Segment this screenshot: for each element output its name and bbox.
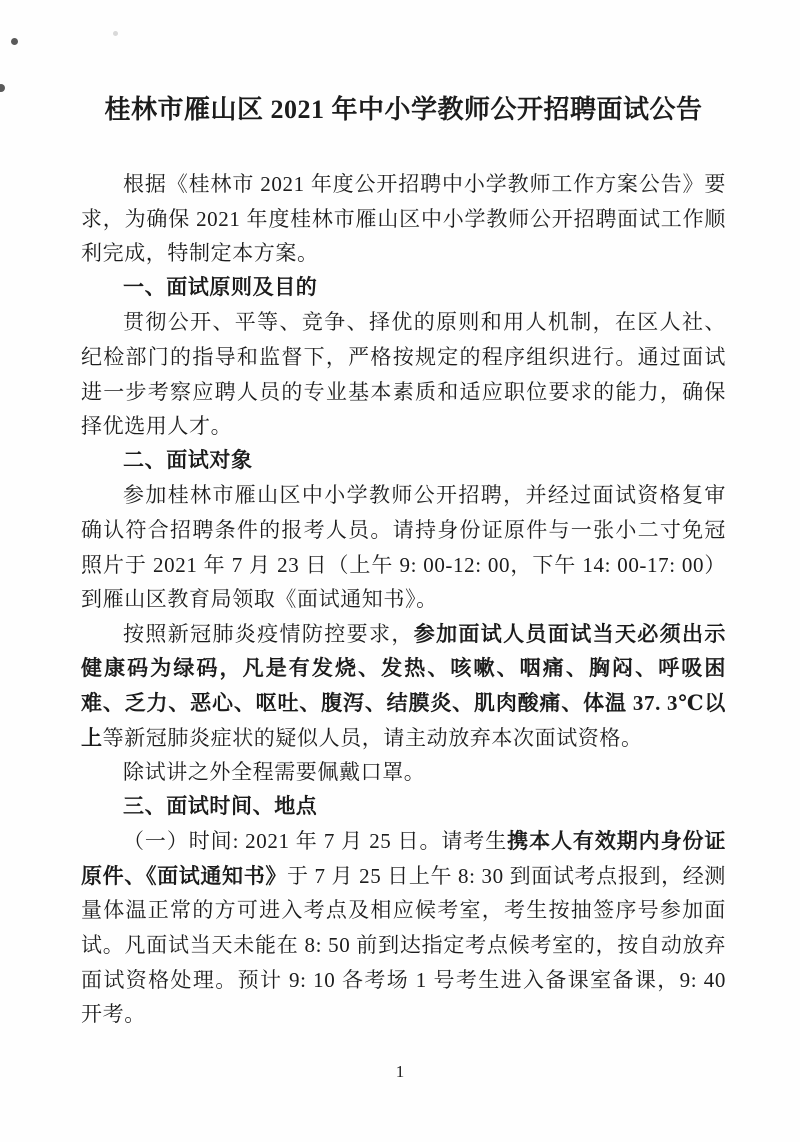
section-2-paragraph-2: 按照新冠肺炎疫情防控要求，参加面试人员面试当天必须出示健康码为绿码，凡是有发烧、…	[81, 617, 726, 755]
scan-speck	[0, 84, 5, 92]
section-3-heading: 三、面试时间、地点	[81, 790, 726, 825]
section-2-paragraph-3: 除试讲之外全程需要佩戴口罩。	[81, 755, 726, 790]
scan-speck	[113, 31, 118, 36]
document-title: 桂林市雁山区 2021 年中小学教师公开招聘面试公告	[81, 93, 726, 126]
interview-time-lead-text: （一）时间: 2021 年 7 月 25 日。请考生	[123, 829, 507, 853]
section-3-paragraph-1: （一）时间: 2021 年 7 月 25 日。请考生携本人有效期内身份证原件、《…	[81, 824, 726, 1032]
section-2-paragraph-1: 参加桂林市雁山区中小学教师公开招聘，并经过面试资格复审确认符合招聘条件的报考人员…	[81, 478, 726, 616]
covid-requirement-tail-text: 等新冠肺炎症状的疑似人员，请主动放弃本次面试资格。	[103, 726, 643, 750]
interview-time-tail-text: 于 7 月 25 日上午 8: 30 到面试考点报到，经测量体温正常的方可进入考…	[81, 864, 726, 1026]
intro-paragraph: 根据《桂林市 2021 年度公开招聘中小学教师工作方案公告》要求，为确保 202…	[81, 167, 726, 271]
document-page: 桂林市雁山区 2021 年中小学教师公开招聘面试公告 根据《桂林市 2021 年…	[0, 0, 800, 1142]
section-2-heading: 二、面试对象	[81, 444, 726, 479]
covid-requirement-lead-text: 按照新冠肺炎疫情防控要求，	[123, 622, 414, 646]
document-content: 桂林市雁山区 2021 年中小学教师公开招聘面试公告 根据《桂林市 2021 年…	[81, 93, 726, 1032]
section-1-paragraph: 贯彻公开、平等、竞争、择优的原则和用人机制，在区人社、纪检部门的指导和监督下，严…	[81, 305, 726, 443]
page-number: 1	[0, 1060, 800, 1084]
scan-speck	[11, 38, 18, 45]
section-1-heading: 一、面试原则及目的	[81, 271, 726, 306]
